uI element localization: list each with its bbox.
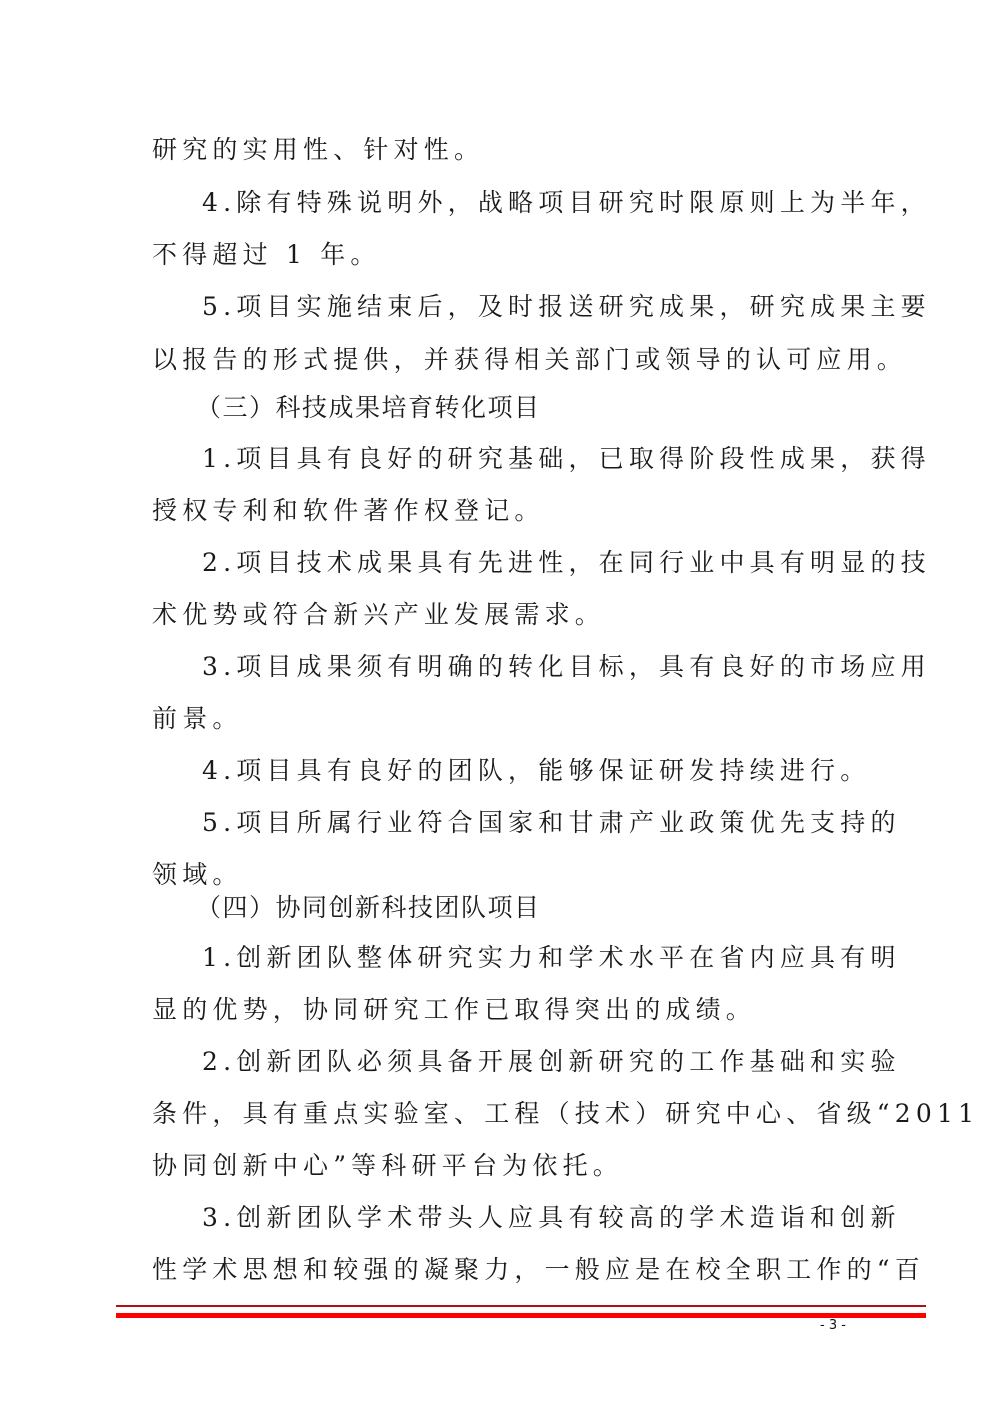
paragraph-line: 性学术思想和较强的凝聚力，一般应是在校全职工作的“百: [152, 1255, 925, 1285]
paragraph-line: 5.项目实施结束后，及时报送研究成果，研究成果主要: [202, 292, 931, 322]
paragraph-line: 不得超过 1 年。: [152, 240, 381, 270]
paragraph-line: 领域。: [152, 860, 243, 890]
footer-rule-thin: [116, 1305, 926, 1307]
paragraph-line: 术优势或符合新兴产业发展需求。: [152, 600, 605, 630]
paragraph-line: 以报告的形式提供，并获得相关部门或领导的认可应用。: [152, 345, 907, 375]
paragraph-line: 条件，具有重点实验室、工程（技术）研究中心、省级“2011: [152, 1099, 979, 1129]
section-heading: （三）科技成果培育转化项目: [196, 393, 541, 423]
paragraph-line: 5.项目所属行业符合国家和甘肃产业政策优先支持的: [202, 808, 901, 838]
paragraph-line: 显的优势，协同研究工作已取得突出的成绩。: [152, 995, 756, 1025]
paragraph-line: 3.创新团队学术带头人应具有较高的学术造诣和创新: [202, 1203, 901, 1233]
paragraph-line: 4.项目具有良好的团队，能够保证研发持续进行。: [202, 756, 870, 786]
paragraph-line: 协同创新中心”等科研平台为依托。: [152, 1151, 623, 1181]
paragraph-line: 授权专利和软件著作权登记。: [152, 496, 545, 526]
page-number: - 3 -: [820, 1318, 846, 1333]
section-heading: （四）协同创新科技团队项目: [196, 893, 541, 923]
paragraph-line: 研究的实用性、针对性。: [152, 135, 484, 165]
paragraph-line: 2.创新团队必须具备开展创新研究的工作基础和实验: [202, 1047, 901, 1077]
paragraph-line: 4.除有特殊说明外，战略项目研究时限原则上为半年，: [202, 188, 931, 218]
paragraph-line: 1.项目具有良好的研究基础，已取得阶段性成果，获得: [202, 444, 931, 474]
paragraph-line: 3.项目成果须有明确的转化目标，具有良好的市场应用: [202, 652, 931, 682]
paragraph-line: 1.创新团队整体研究实力和学术水平在省内应具有明: [202, 943, 901, 973]
paragraph-line: 前景。: [152, 704, 243, 734]
paragraph-line: 2.项目技术成果具有先进性，在同行业中具有明显的技: [202, 548, 931, 578]
footer-rule-thick: [116, 1313, 926, 1318]
